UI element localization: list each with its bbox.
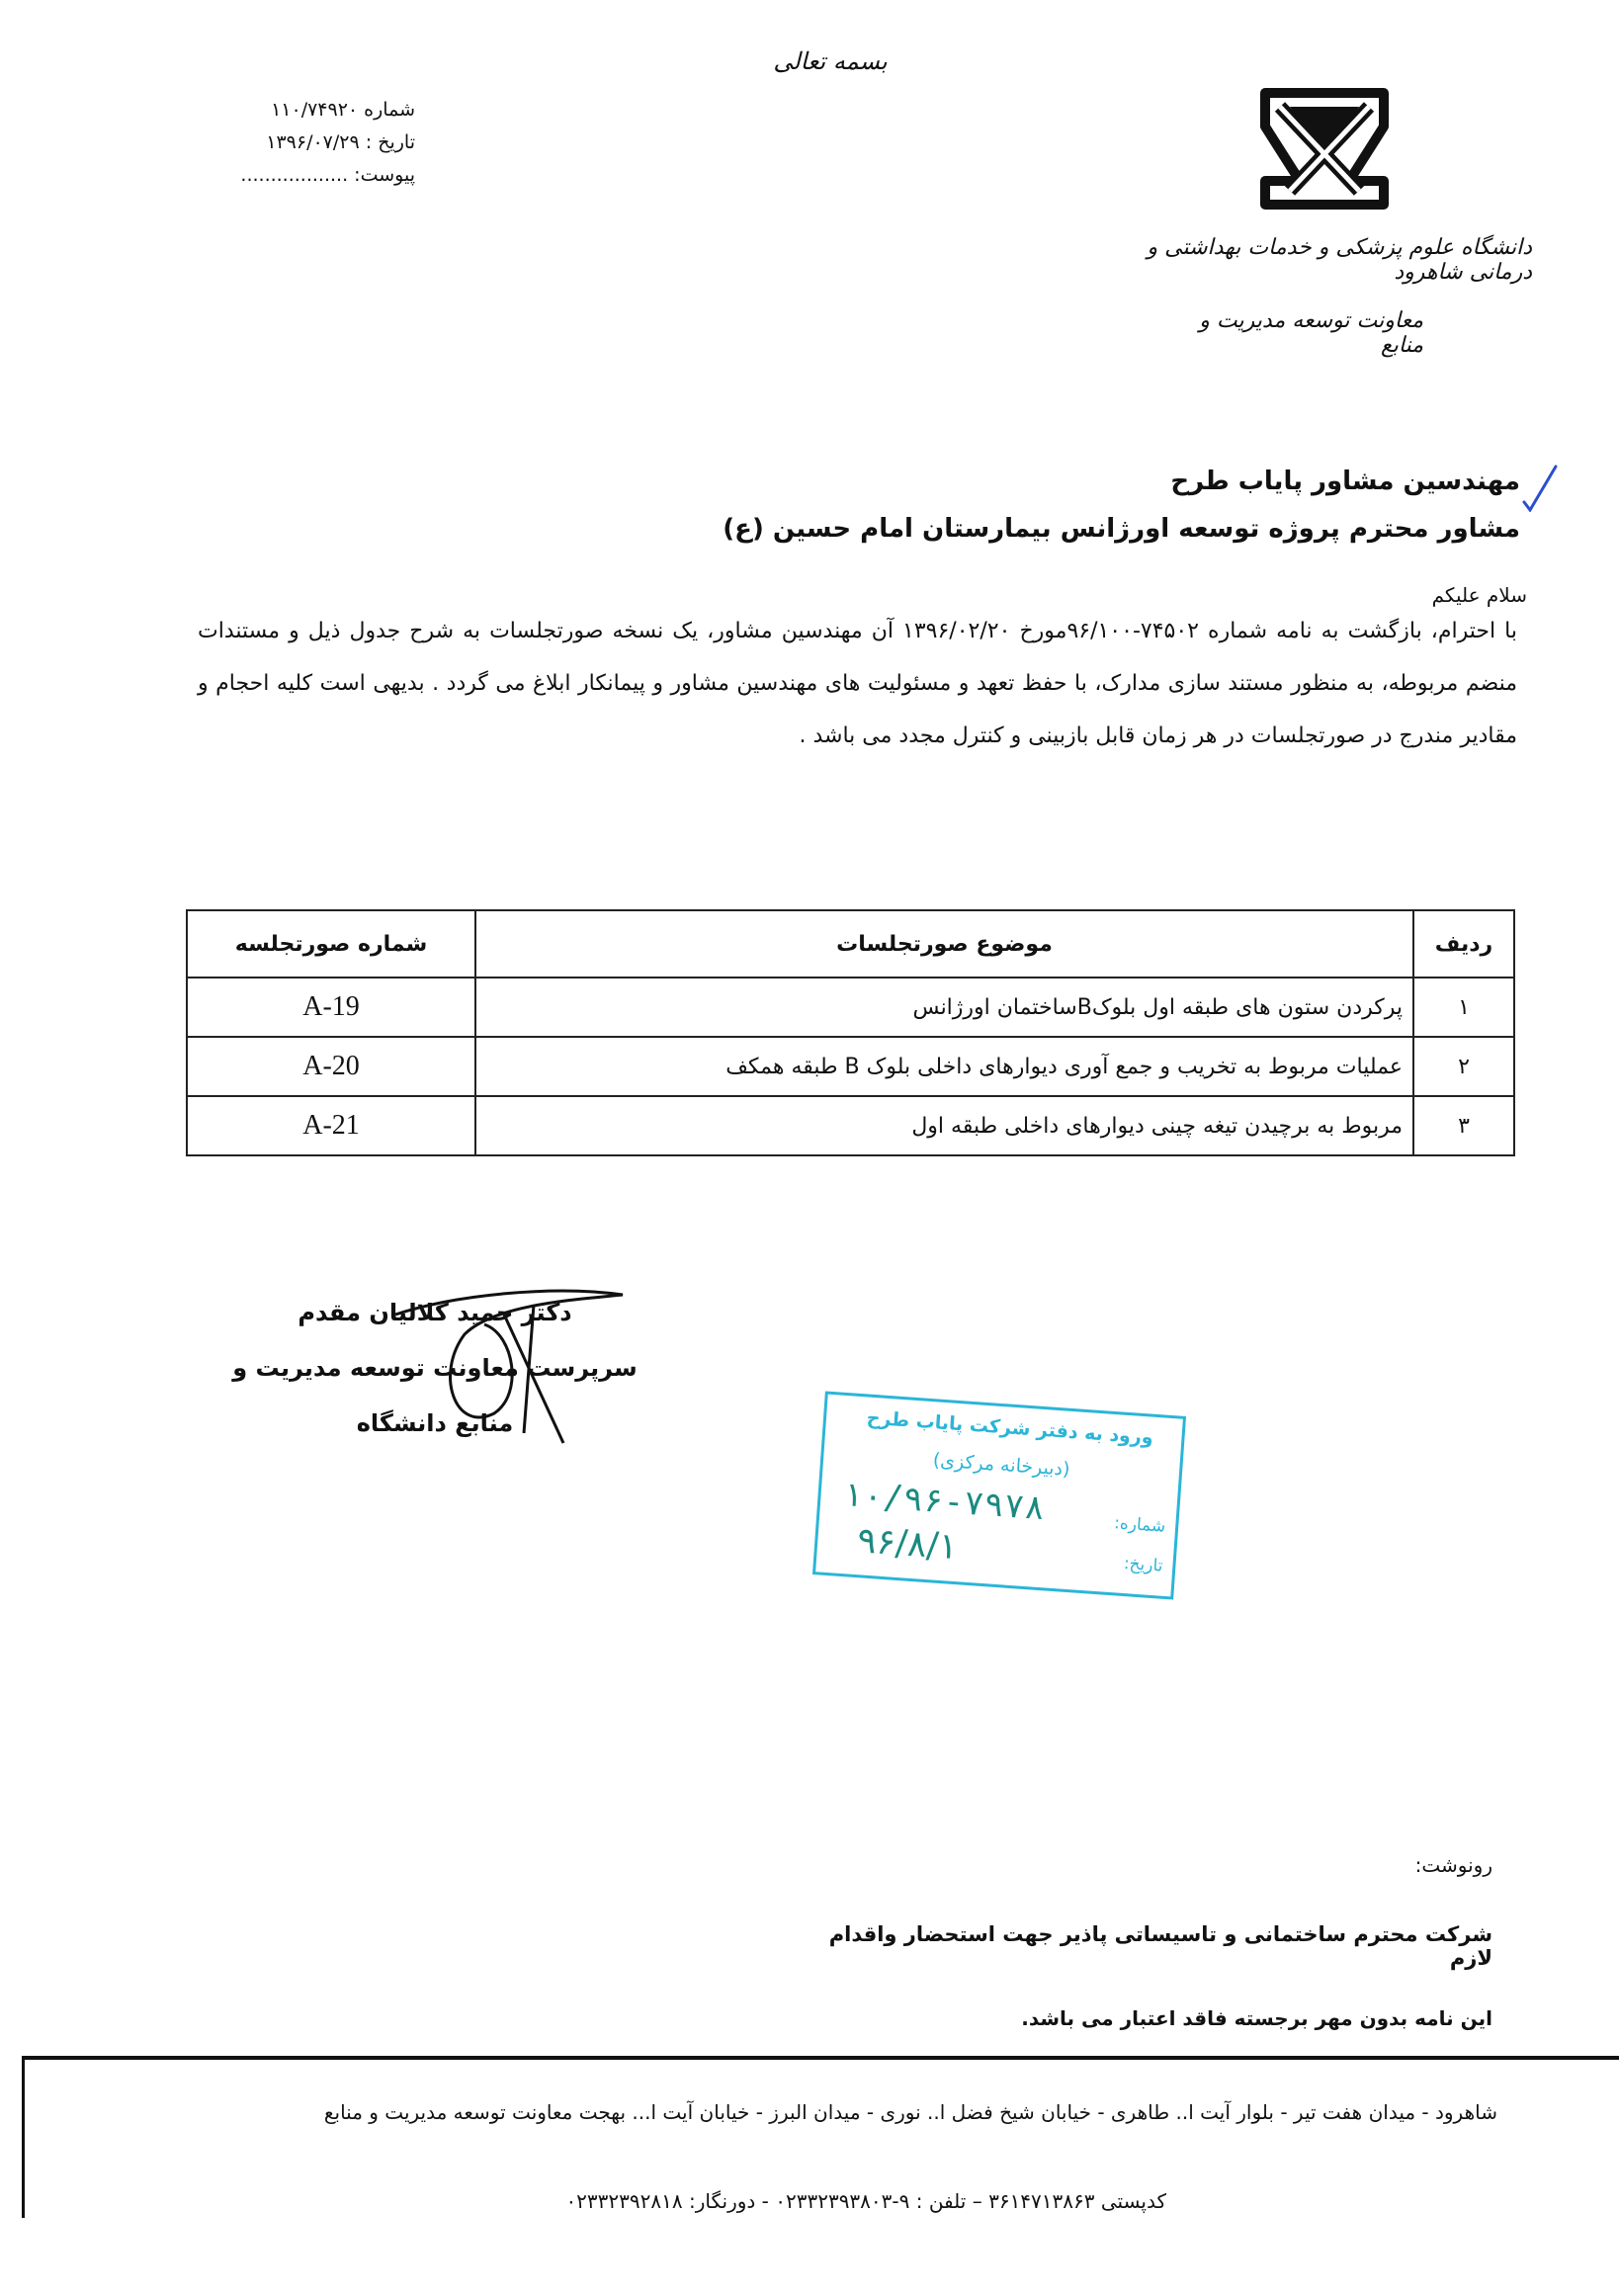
row-subject: مربوط به برچیدن تیغه چینی دیوارهای داخلی… [475,1096,1413,1155]
row-number: A-20 [187,1037,475,1096]
letter-date: ۱۳۹۶/۰۷/۲۹ [266,131,359,153]
handwritten-signature-icon [376,1255,633,1453]
addressee-line-2: مشاور محترم پروژه توسعه اورژانس بیمارستا… [692,514,1520,544]
stamp-subtitle: (دبیرخانه مرکزی) [902,1447,1101,1483]
row-subject: پرکردن ستون های طبقه اول بلوکBساختمان او… [475,978,1413,1037]
letter-body: با احترام، بازگشت به نامه شماره ۷۴۵۰۲-۹۶… [198,605,1517,762]
checkmark-icon [1522,465,1558,512]
row-index: ۲ [1413,1037,1514,1096]
header-row-index: ردیف [1413,910,1514,978]
attachment-value: .................. [240,164,348,186]
letter-date-label: تاریخ : [366,131,415,153]
stamp-date-label: تاریخ: [1123,1554,1163,1576]
row-index: ۳ [1413,1096,1514,1155]
letter-date-row: تاریخ : ۱۳۹۶/۰۷/۲۹ [188,127,415,159]
cc-recipient: شرکت محترم ساختمانی و تاسیساتی پاذیر جهت… [810,1922,1492,1970]
stamp-number-label: شماره: [1114,1513,1166,1537]
letter-number-row: شماره ۱۱۰/۷۴۹۲۰ [188,94,415,127]
stamp-title: ورود به دفتر شرکت پایاب طرح [851,1405,1168,1449]
cc-label: رونوشت: [1285,1853,1492,1877]
row-subject: عملیات مربوط به تخریب و جمع آوری دیوارها… [475,1037,1413,1096]
letter-number: ۱۱۰/۷۴۹۲۰ [271,99,358,121]
table-header-row: ردیف موضوع صورتجلسات شماره صورتجلسه [187,910,1514,978]
header-number: شماره صورتجلسه [187,910,475,978]
validity-note: این نامه بدون مهر برجسته فاقد اعتبار می … [1008,2006,1492,2030]
header-subject: موضوع صورتجلسات [475,910,1413,978]
minutes-table: ردیف موضوع صورتجلسات شماره صورتجلسه ۱ پر… [186,909,1515,1156]
addressee-line-1: مهندسین مشاور پایاب طرح [890,467,1520,496]
row-number: A-21 [187,1096,475,1155]
attachment-row: پیوست: .................. [188,159,415,192]
greeting: سلام علیکم [1186,583,1527,607]
table-row: ۱ پرکردن ستون های طبقه اول بلوکBساختمان … [187,978,1514,1037]
basmala: بسمه تعالی [771,47,890,75]
table-row: ۲ عملیات مربوط به تخریب و جمع آوری دیوار… [187,1037,1514,1096]
stamp-date-value: ۹۶/۸/۱ [856,1520,959,1568]
footer-address: شاهرود - میدان هفت تیر - بلوار آیت ا.. ط… [54,2100,1497,2124]
received-stamp: ورود به دفتر شرکت پایاب طرح (دبیرخانه مر… [812,1391,1186,1599]
department-name: معاونت توسعه مدیریت و منابع [1166,308,1423,358]
university-logo-icon [1255,87,1394,211]
university-name: دانشگاه علوم پزشکی و خدمات بهداشتی و درم… [1107,235,1532,285]
attachment-label: پیوست: [354,164,415,186]
table-row: ۳ مربوط به برچیدن تیغه چینی دیوارهای داخ… [187,1096,1514,1155]
footer-contact: کدپستی ۳۶۱۴۷۱۳۸۶۳ – تلفن : ۹-۰۲۳۳۲۳۹۳۸۰۳… [376,2189,1166,2213]
row-index: ۱ [1413,978,1514,1037]
stamp-number-value: ۱۰/۹۶-۷۹۷۸ [841,1475,1046,1528]
letter-meta: شماره ۱۱۰/۷۴۹۲۰ تاریخ : ۱۳۹۶/۰۷/۲۹ پیوست… [188,94,415,192]
row-number: A-19 [187,978,475,1037]
letter-number-label: شماره [364,99,415,121]
